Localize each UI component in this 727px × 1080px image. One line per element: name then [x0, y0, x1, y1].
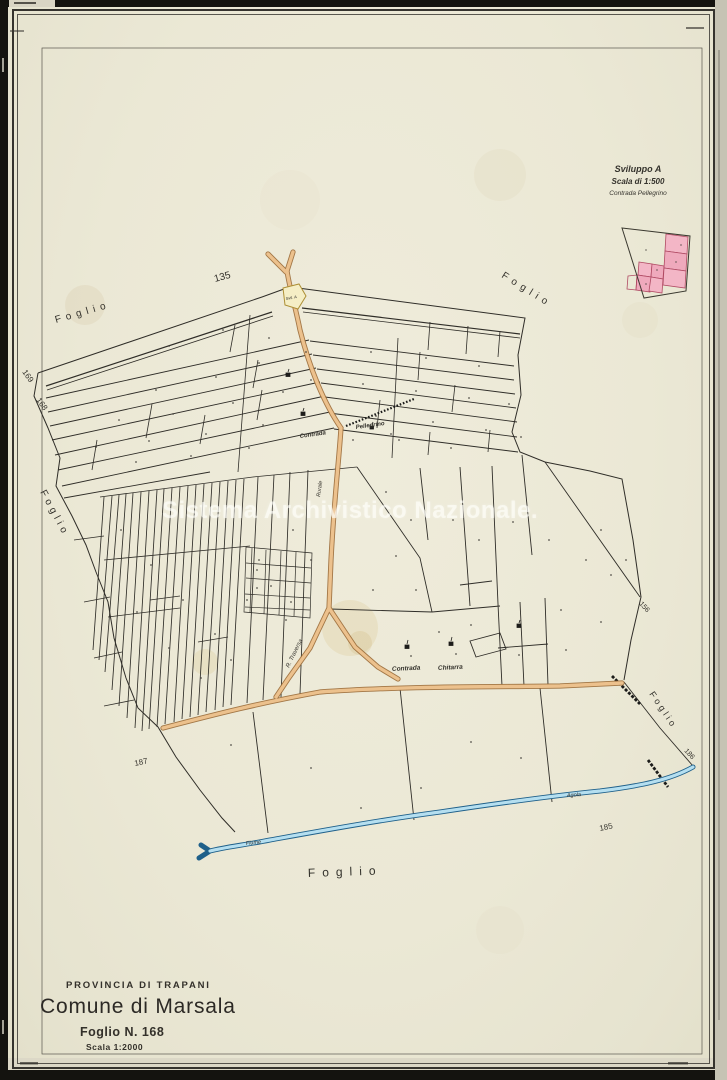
foglio-left-label: Foglio — [37, 488, 71, 538]
foglio-right-label: Foglio — [647, 690, 679, 731]
label-contrada-chitarra-1: Contrada — [392, 664, 421, 673]
inset-scale: Scala di 1:500 — [612, 177, 665, 186]
foglio-169-number: 169 — [20, 368, 35, 385]
foglio-187-number: 187 — [134, 756, 149, 768]
commune-title: Comune di Marsala — [40, 995, 340, 1019]
toponym-labels: Contrada Pellegrino Rurale R. Traversa C… — [246, 421, 582, 847]
label-road-rurale: Rurale — [316, 480, 324, 497]
foglio-top-right-label: Foglio — [499, 270, 553, 310]
inset-title: Sviluppo A — [615, 164, 662, 174]
hatched-boundary-marks — [346, 399, 668, 787]
archive-watermark: Sistema Archivistico Nazionale. — [162, 497, 722, 525]
sheet-number-label: Foglio N. 168 — [80, 1025, 340, 1039]
scale-label: Scala 1:2000 — [86, 1042, 340, 1052]
stream — [199, 767, 693, 858]
svil-a-parcel: Svil. A — [283, 284, 306, 309]
foglio-168-number: 168 — [34, 396, 49, 413]
scan-edge-shadows — [0, 0, 727, 1080]
label-stream-fiume: Fiume — [246, 839, 262, 847]
foglio-156-number: 156 — [638, 601, 651, 614]
province-label: PROVINCIA DI TRAPANI — [66, 980, 340, 991]
cadastral-map-canvas: Svil. A Sviluppo A Scala di 1:500 Contra… — [0, 0, 727, 1080]
foglio-135-number: 135 — [213, 270, 232, 285]
roads — [163, 252, 622, 728]
road-pellegrino-casing — [163, 252, 622, 728]
paper-stains — [65, 149, 658, 954]
foglio-185-number: 185 — [599, 821, 614, 833]
inset-map-parcels — [627, 234, 688, 293]
label-contrada-chitarra-2: Chitarra — [438, 664, 464, 672]
inset-subtitle: Contrada Pellegrino — [609, 190, 667, 197]
road-pellegrino-fill — [163, 252, 622, 728]
scanned-cadastral-map-page: Svil. A Sviluppo A Scala di 1:500 Contra… — [0, 0, 727, 1080]
foglio-bottom-label: Foglio — [308, 863, 383, 880]
sheet-border-frame — [13, 10, 714, 1068]
foglio-186-number: 186 — [683, 748, 696, 761]
label-contrada-pellegrino-1: Contrada — [299, 430, 327, 440]
label-contrada-pellegrino-2: Pellegrino — [355, 421, 385, 431]
map-title-block: PROVINCIA DI TRAPANI Comune di Marsala F… — [40, 980, 340, 1052]
parcel-boundaries — [34, 288, 693, 833]
stream-fill — [210, 767, 693, 851]
inset-sviluppo-a: Sviluppo A Scala di 1:500 Contrada Pelle… — [609, 164, 690, 298]
label-stream-agola: Agola — [566, 792, 581, 799]
